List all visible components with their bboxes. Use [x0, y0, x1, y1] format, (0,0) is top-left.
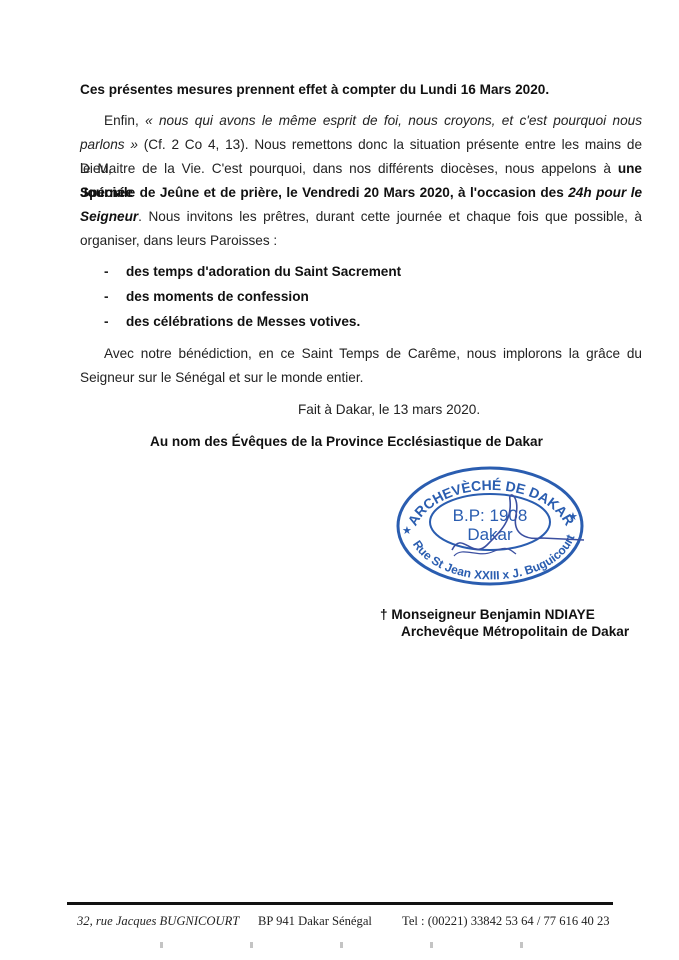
star-icon: ★: [402, 525, 412, 537]
paragraph-1-line-5: Seigneur. Nous invitons les prêtres, dur…: [80, 205, 642, 229]
archdiocese-stamp: ARCHEVÈCHÉ DE DAKAR B.P: 1908 Dakar Rue …: [392, 460, 588, 588]
on-behalf-line: Au nom des Évêques de la Province Ecclés…: [150, 430, 543, 454]
scripture-quote: « nous qui avons le même esprit de foi, …: [145, 113, 642, 128]
signatory-name: † Monseigneur Benjamin NDIAYE: [380, 607, 595, 622]
signatory-title: Archevêque Métropolitain de Dakar: [401, 624, 629, 639]
document-page: Ces présentes mesures prennent effet à c…: [0, 0, 679, 960]
paragraph-2-line-1: Avec notre bénédiction, en ce Saint Temp…: [104, 342, 642, 366]
paragraph-2-line-2: Seigneur sur le Sénégal et sur le monde …: [80, 366, 363, 390]
footer-address: 32, rue Jacques BUGNICOURT: [77, 914, 239, 929]
footer-telephone: Tel : (00221) 33842 53 64 / 77 616 40 23: [402, 914, 610, 929]
paragraph-1-line-1: Enfin, « nous qui avons le même esprit d…: [104, 109, 642, 133]
paragraph-1-line-6: organiser, dans leurs Paroisses :: [80, 229, 277, 253]
footer-po-box: BP 941 Dakar Sénégal: [258, 914, 372, 929]
effective-date-heading: Ces présentes mesures prennent effet à c…: [80, 78, 549, 102]
star-icon: ★: [568, 511, 578, 523]
place-date: Fait à Dakar, le 13 mars 2020.: [298, 398, 480, 422]
footer-divider: [67, 902, 613, 905]
footer-cutoff-line: [120, 942, 600, 948]
paragraph-1-line-4: Spéciale de Jeûne et de prière, le Vendr…: [80, 181, 642, 205]
